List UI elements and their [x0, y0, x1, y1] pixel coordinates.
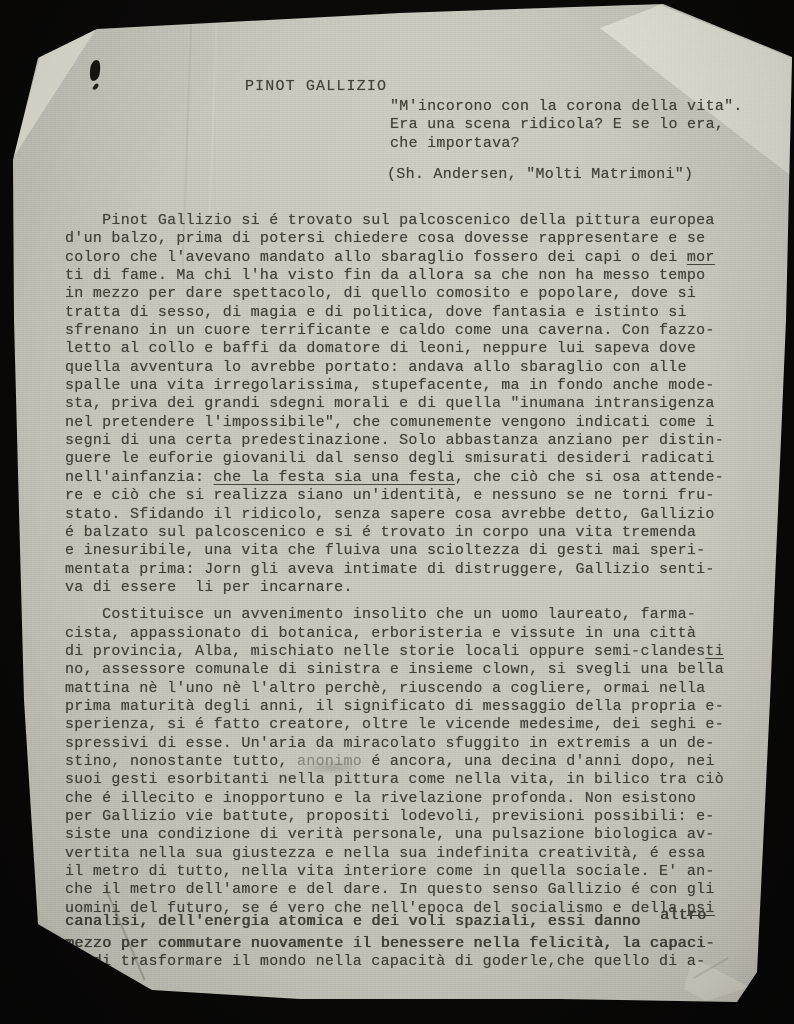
paper-vignette — [0, 0, 794, 1024]
document-page: PINOT GALLIZIO "M'incorono con la corona… — [0, 0, 794, 1024]
scanned-document-photo: PINOT GALLIZIO "M'incorono con la corona… — [0, 0, 794, 1024]
